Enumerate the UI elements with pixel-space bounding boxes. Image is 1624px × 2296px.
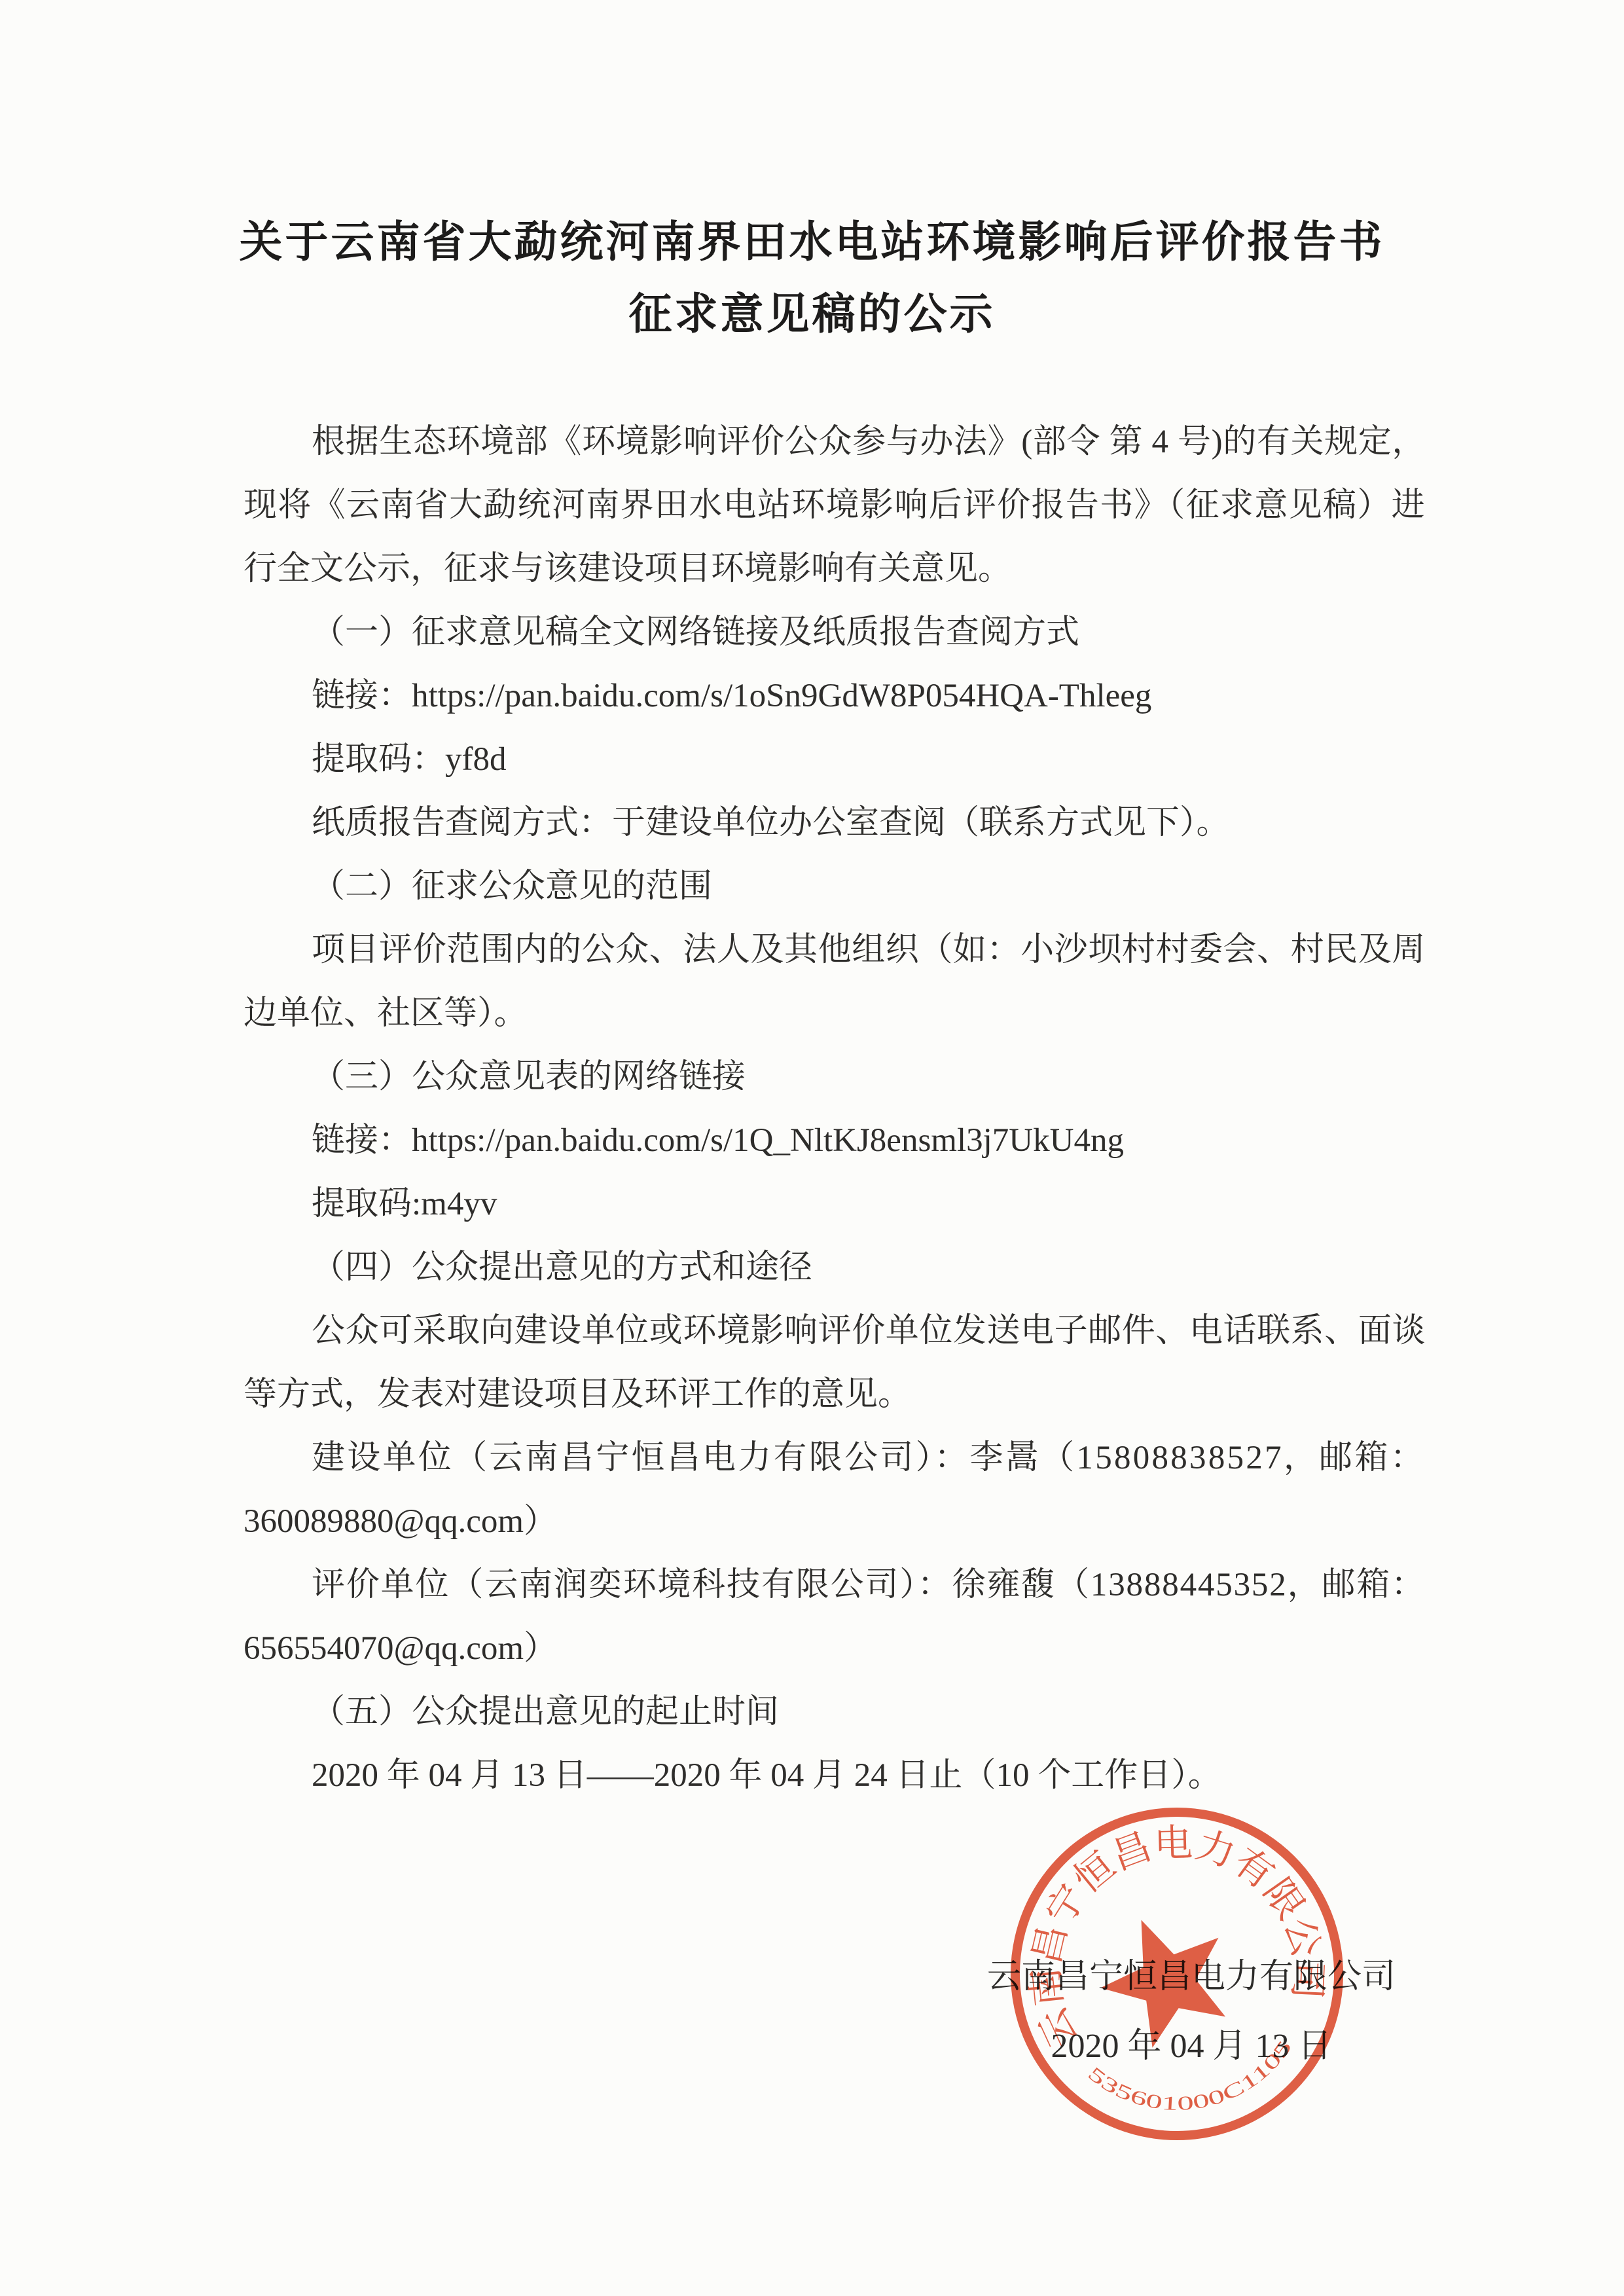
notice-body: 根据生态环境部《环境影响评价公众参与办法》(部令 第 4 号)的有关规定， 现将… [244,410,1426,1808]
body-line: 2020 年 04 月 13 日——2020 年 04 月 24 日止（10 个… [244,1744,1426,1808]
scanned-notice-page: 关于云南省大勐统河南界田水电站环境影响后评价报告书 征求意见稿的公示 根据生态环… [0,0,1624,2296]
body-line: 纸质报告查阅方式：于建设单位办公室查阅（联系方式见下）。 [244,792,1426,855]
signature-company: 云南昌宁恒昌电力有限公司 [785,1942,1597,2012]
body-line: （二）征求公众意见的范围 [244,855,1426,919]
body-line: 等方式，发表对建设项目及环评工作的意见。 [244,1363,1426,1427]
body-line: 链接：https://pan.baidu.com/s/1Q_NltKJ8ensm… [244,1109,1426,1173]
body-line: （一）征求意见稿全文网络链接及纸质报告查阅方式 [244,601,1426,665]
body-line: 现将《云南省大勐统河南界田水电站环境影响后评价报告书》（征求意见稿）进 [244,474,1426,538]
body-line: 公众可采取向建设单位或环境影响评价单位发送电子邮件、电话联系、面谈 [244,1300,1426,1363]
title-line-1: 关于云南省大勐统河南界田水电站环境影响后评价报告书 [0,207,1624,279]
body-line: 根据生态环境部《环境影响评价公众参与办法》(部令 第 4 号)的有关规定， [244,410,1426,474]
page-title: 关于云南省大勐统河南界田水电站环境影响后评价报告书 征求意见稿的公示 [0,207,1624,351]
body-line: 边单位、社区等）。 [244,982,1426,1046]
body-line: 链接：https://pan.baidu.com/s/1oSn9GdW8P054… [244,665,1426,728]
body-line: 建设单位（云南昌宁恒昌电力有限公司）：李暠（15808838527，邮箱： [244,1427,1426,1490]
body-line: （四）公众提出意见的方式和途径 [244,1236,1426,1300]
body-line: （三）公众意见表的网络链接 [244,1046,1426,1109]
signature-block: 云南昌宁恒昌电力有限公司 2020 年 04 月 13 日 [785,1942,1597,2081]
body-line: 项目评价范围内的公众、法人及其他组织（如：小沙坝村村委会、村民及周 [244,919,1426,982]
title-line-2: 征求意见稿的公示 [0,279,1624,351]
body-line: 656554070@qq.com） [244,1617,1426,1681]
signature-date: 2020 年 04 月 13 日 [785,2012,1597,2081]
body-line: 360089880@qq.com） [244,1490,1426,1554]
body-line: （五）公众提出意见的起止时间 [244,1681,1426,1744]
body-line: 行全文公示，征求与该建设项目环境影响有关意见。 [244,538,1426,601]
body-line: 提取码：yf8d [244,728,1426,792]
body-line: 提取码:m4yv [244,1173,1426,1236]
body-line: 评价单位（云南润奕环境科技有限公司）：徐雍馥（13888445352，邮箱： [244,1554,1426,1617]
